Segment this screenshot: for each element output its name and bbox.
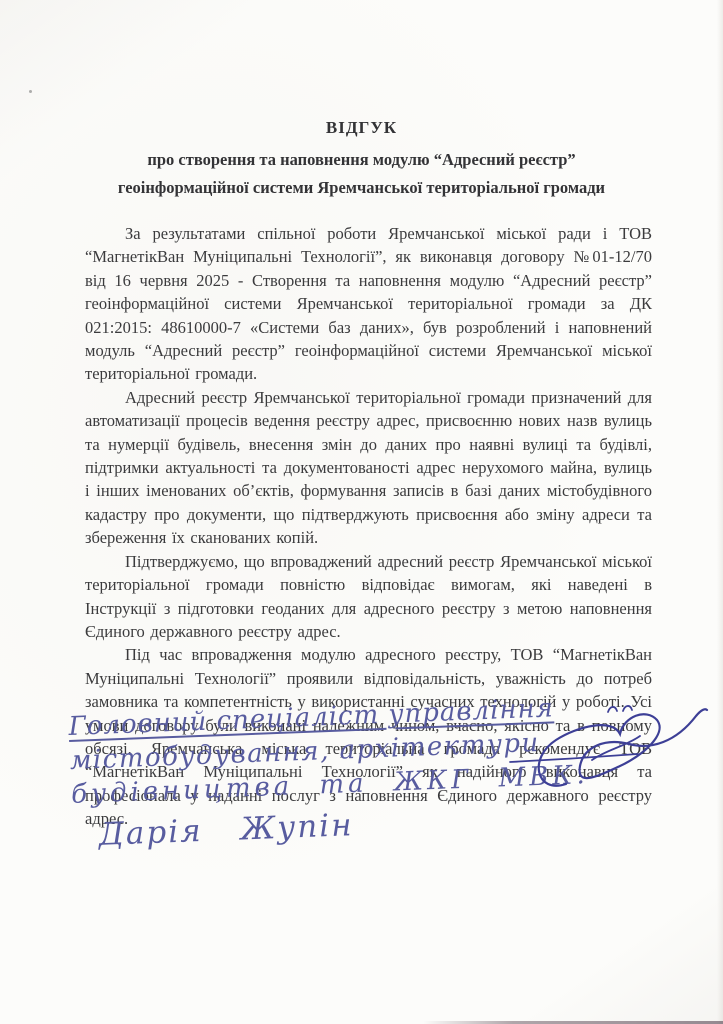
handwritten-signature-icon — [508, 696, 713, 804]
paragraph-confirmation: Підтверджуємо, що впроваджений адресний … — [85, 550, 652, 644]
title-block: ВІДГУК про створення та наповнення модул… — [0, 118, 723, 202]
scan-shadow-right-edge — [717, 0, 723, 1024]
document-title: ВІДГУК — [0, 118, 723, 138]
paragraph-purpose: Адресний реєстр Яремчанської територіаль… — [85, 386, 652, 550]
document-subtitle: про створення та наповнення модулю “Адре… — [82, 146, 642, 202]
scan-speck-artifact — [29, 90, 32, 93]
signatory-name: Дарія Жупін — [98, 798, 591, 853]
scanned-document-page: ВІДГУК про створення та наповнення модул… — [0, 0, 723, 1024]
paragraph-agreement: За результатами спільної роботи Яремчанс… — [85, 222, 652, 386]
